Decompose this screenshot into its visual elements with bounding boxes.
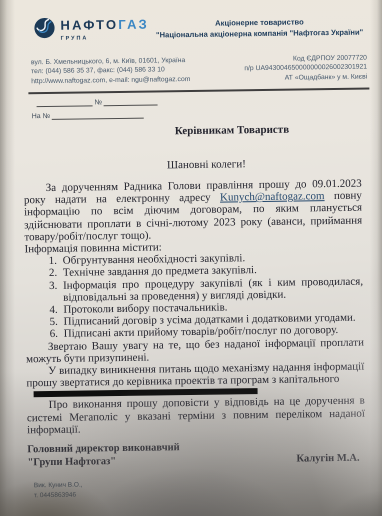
reply-label: На № (32, 113, 51, 120)
brand-part-navy: НАФТО (60, 17, 118, 33)
brand-wordmark: НАФТОГАЗ ГРУПА (60, 16, 149, 42)
signature-block: Головний директор виконавчий "Групи Нафт… (27, 439, 361, 470)
contact-left: вул. Б. Хмельницького, 6, м. Київ, 01601… (31, 56, 191, 86)
company-name: "Національна акціонерна компанія "Нафтог… (148, 26, 372, 40)
executor-block: Вик. Кунич В.О., т. 0445863946 (34, 481, 83, 501)
brand-name: НАФТОГАЗ (60, 17, 149, 33)
naftogaz-logo: НАФТОГАЗ ГРУПА (33, 16, 149, 43)
contact-right: Код ЄДРПОУ 20077720 п/р UA94300465000000… (244, 54, 367, 84)
ref-number-line: № (36, 97, 158, 107)
header-divider (28, 87, 369, 94)
salutation: Шановні колеги! (15, 156, 382, 173)
ref-reply-line: На № (32, 111, 144, 121)
body-paragraph-1: За дорученням Радника Голови правління п… (24, 178, 363, 244)
addressee: Керівникам Товариств (41, 122, 382, 139)
document-page: НАФТОГАЗ ГРУПА Акціонерне товариство "На… (0, 0, 382, 516)
company-heading: Акціонерне товариство "Національна акціо… (147, 15, 371, 40)
bank-line: АТ «Ощадбанк» у м. Києві (244, 72, 367, 83)
blank-line (52, 111, 144, 120)
blank-line (104, 97, 158, 106)
letter-content: НАФТОГАЗ ГРУПА Акціонерне товариство "На… (0, 0, 382, 516)
signature-name: Калугін М.А. (296, 452, 359, 466)
naftogaz-sphere-icon (33, 17, 55, 39)
blank-line (36, 98, 92, 107)
executor-name: Вик. Кунич В.О., (34, 481, 83, 491)
contact-block: вул. Б. Хмельницького, 6, м. Київ, 01601… (31, 54, 367, 87)
body-paragraph-3: У випадку виникнення питань щодо механіз… (26, 361, 364, 390)
letter-body: За дорученням Радника Голови правління п… (24, 178, 366, 437)
procurement-list: Обгрунтування необхідності закупівлі. Те… (25, 251, 364, 341)
executor-phone: т. 0445863946 (34, 490, 83, 500)
brand-group-label: ГРУПА (61, 35, 150, 42)
photo-frame: НАФТОГАЗ ГРУПА Акціонерне товариство "На… (0, 0, 382, 516)
brand-part-blue: ГАЗ (118, 17, 149, 32)
web-email-line: http://www.naftogaz.com, e-mail: ngu@naf… (31, 75, 190, 87)
body-paragraph-4: Про виконання прошу доповісти у відповід… (27, 395, 365, 436)
number-sign: № (94, 99, 102, 106)
